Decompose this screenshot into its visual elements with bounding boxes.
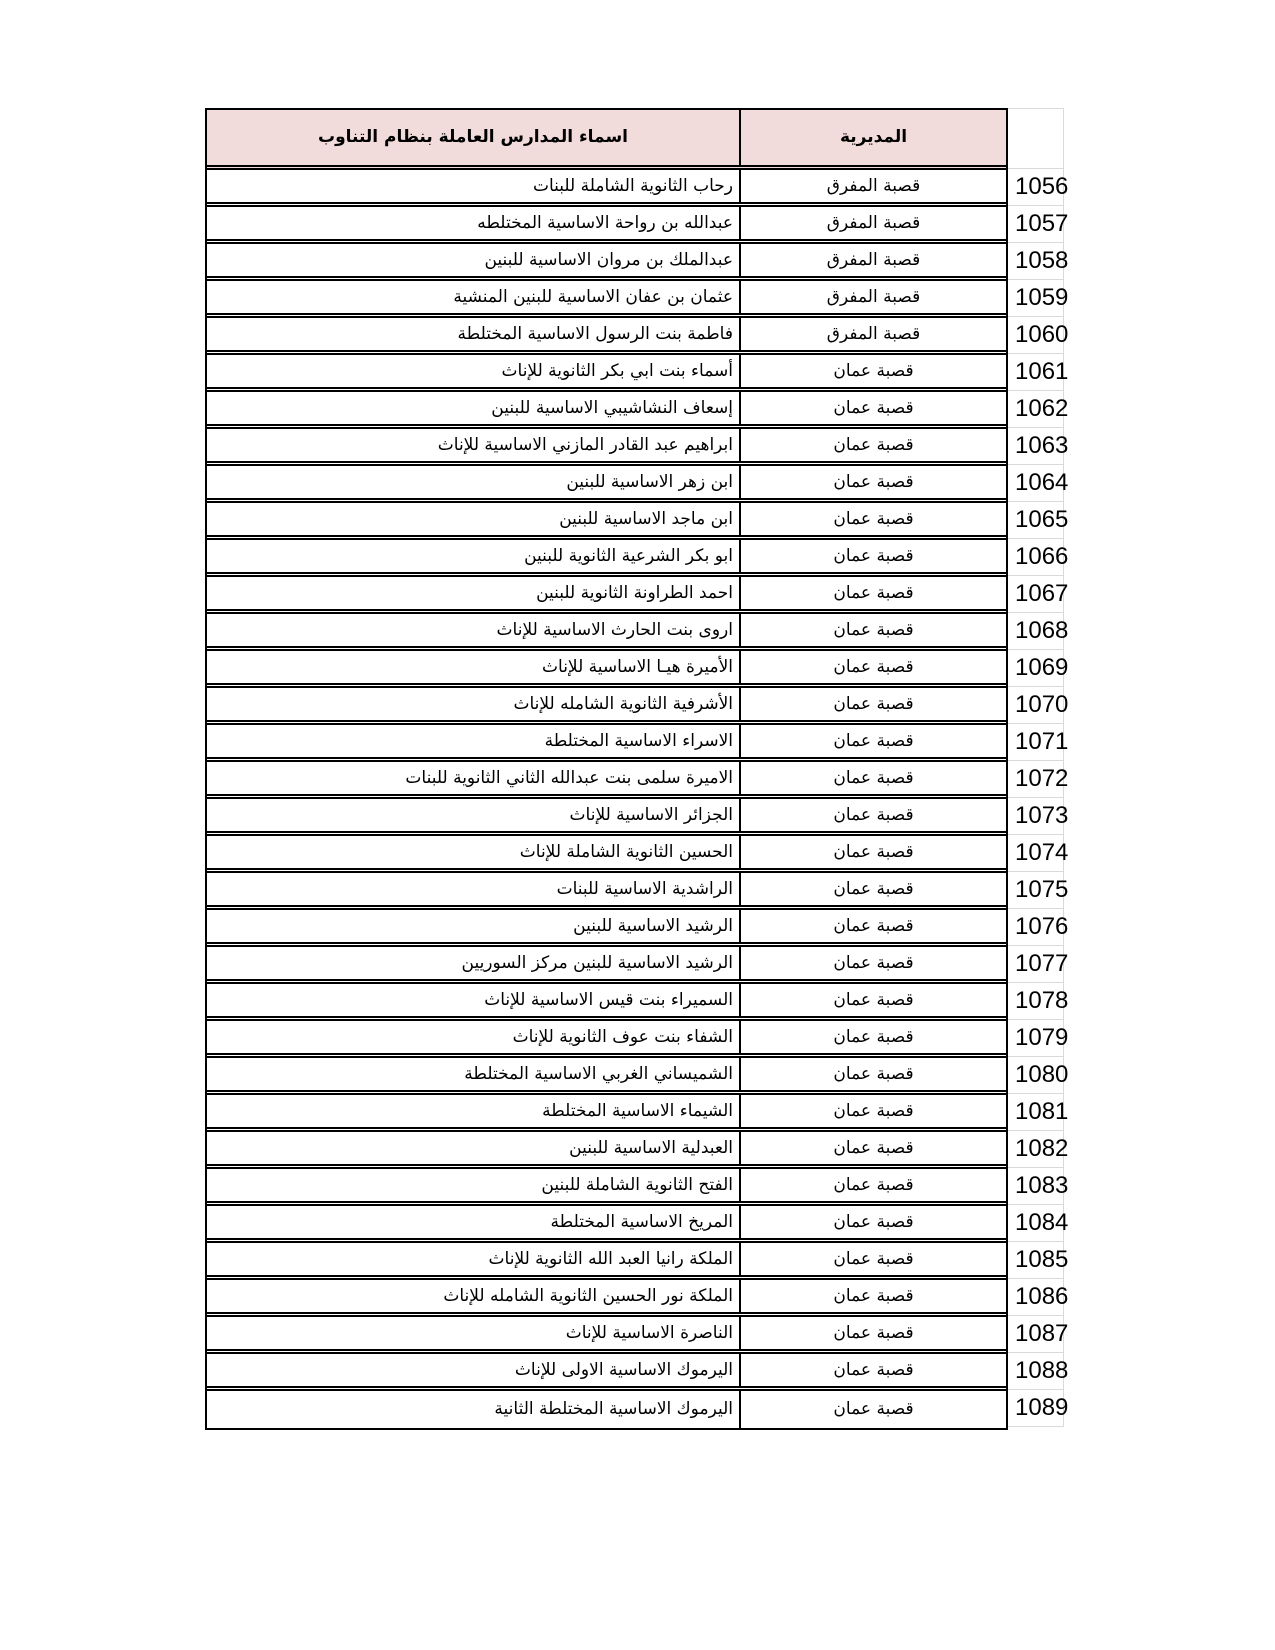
row-number-cells: 1056 1057 1058 1059 1060 1061 1062 1063 … — [1008, 169, 1064, 1427]
school-name-cell: الشميساني الغربي الاساسية المختلطة — [207, 1058, 741, 1090]
directorate-cell: قصبة عمان — [741, 1169, 1006, 1201]
row-number-text: 1071 — [1015, 728, 1068, 756]
school-name-cell: فاطمة بنت الرسول الاساسية المختلطة — [207, 318, 741, 350]
school-name-cell: أسماء بنت ابي بكر الثانوية للإناث — [207, 355, 741, 387]
table-row: الناصرة الاساسية للإناث قصبة عمان — [207, 1317, 1006, 1354]
table-row: الشفاء بنت عوف الثانوية للإناث قصبة عمان — [207, 1021, 1006, 1058]
row-number-text: 1067 — [1015, 580, 1068, 608]
table-row: الرشيد الاساسية للبنين مركز السوريين قصب… — [207, 947, 1006, 984]
school-name-text: عبدالملك بن مروان الاساسية للبنين — [213, 251, 733, 270]
table-row: ابو بكر الشرعية الثانوية للبنين قصبة عما… — [207, 540, 1006, 577]
row-number-text: 1065 — [1015, 506, 1068, 534]
row-number-text: 1088 — [1015, 1357, 1068, 1385]
directorate-text: قصبة عمان — [833, 991, 913, 1010]
directorate-text: قصبة عمان — [833, 806, 913, 825]
directorate-text: قصبة عمان — [833, 769, 913, 788]
row-number-cell: 1062 — [1008, 391, 1064, 428]
school-name-text: ابراهيم عبد القادر المازني الاساسية للإن… — [213, 436, 733, 455]
row-number-cell: 1073 — [1008, 798, 1064, 835]
table-row: الاميرة سلمى بنت عبدالله الثاني الثانوية… — [207, 762, 1006, 799]
row-number-text: 1075 — [1015, 876, 1068, 904]
directorate-cell: قصبة عمان — [741, 984, 1006, 1016]
school-name-cell: الاميرة سلمى بنت عبدالله الثاني الثانوية… — [207, 762, 741, 794]
row-number-cell: 1070 — [1008, 687, 1064, 724]
directorate-text: قصبة عمان — [833, 362, 913, 381]
school-name-text: إسعاف النشاشيبي الاساسية للبنين — [213, 399, 733, 418]
table-row: الأشرفية الثانوية الشامله للإناث قصبة عم… — [207, 688, 1006, 725]
school-name-cell: ابن ماجد الاساسية للبنين — [207, 503, 741, 535]
schools-table: اسماء المدارس العاملة بنظام التناوب المد… — [205, 108, 1008, 1430]
directorate-cell: قصبة عمان — [741, 503, 1006, 535]
directorate-text: قصبة عمان — [833, 399, 913, 418]
row-number-cell: 1063 — [1008, 428, 1064, 465]
table-row: الفتح الثانوية الشاملة للبنين قصبة عمان — [207, 1169, 1006, 1206]
school-name-text: الناصرة الاساسية للإناث — [213, 1324, 733, 1343]
row-number-text: 1077 — [1015, 950, 1068, 978]
row-number-cell: 1077 — [1008, 946, 1064, 983]
school-name-text: الاميرة سلمى بنت عبدالله الثاني الثانوية… — [213, 769, 733, 788]
row-number-cell: 1067 — [1008, 576, 1064, 613]
row-number-text: 1058 — [1015, 247, 1068, 275]
school-name-text: الجزائر الاساسية للإناث — [213, 806, 733, 825]
row-number-text: 1076 — [1015, 913, 1068, 941]
directorate-cell: قصبة المفرق — [741, 170, 1006, 202]
directorate-text: قصبة عمان — [833, 695, 913, 714]
table-row: فاطمة بنت الرسول الاساسية المختلطة قصبة … — [207, 318, 1006, 355]
row-number-cell: 1078 — [1008, 983, 1064, 1020]
school-name-cell: الاسراء الاساسية المختلطة — [207, 725, 741, 757]
school-name-text: الملكة نور الحسين الثانوية الشامله للإنا… — [213, 1287, 733, 1306]
directorate-cell: قصبة المفرق — [741, 281, 1006, 313]
school-name-cell: السميراء بنت قيس الاساسية للإناث — [207, 984, 741, 1016]
row-number-cell: 1075 — [1008, 872, 1064, 909]
table-row: المريخ الاساسية المختلطة قصبة عمان — [207, 1206, 1006, 1243]
row-number-cell: 1074 — [1008, 835, 1064, 872]
row-number-cell: 1087 — [1008, 1316, 1064, 1353]
row-number-cell: 1086 — [1008, 1279, 1064, 1316]
row-number-cell: 1057 — [1008, 206, 1064, 243]
row-number-cell: 1079 — [1008, 1020, 1064, 1057]
row-number-text: 1085 — [1015, 1246, 1068, 1274]
header-cell-directorate: المديرية — [741, 110, 1006, 165]
directorate-cell: قصبة عمان — [741, 799, 1006, 831]
directorate-text: قصبة المفرق — [827, 288, 920, 307]
directorate-cell: قصبة عمان — [741, 1391, 1006, 1428]
row-number-cell: 1083 — [1008, 1168, 1064, 1205]
school-name-cell: الجزائر الاساسية للإناث — [207, 799, 741, 831]
school-name-cell: إسعاف النشاشيبي الاساسية للبنين — [207, 392, 741, 424]
directorate-cell: قصبة عمان — [741, 762, 1006, 794]
school-name-text: احمد الطراونة الثانوية للبنين — [213, 584, 733, 603]
row-number-text: 1069 — [1015, 654, 1068, 682]
row-number-text: 1060 — [1015, 321, 1068, 349]
school-name-cell: رحاب الثانوية الشاملة للبنات — [207, 170, 741, 202]
school-name-text: الرشيد الاساسية للبنين — [213, 917, 733, 936]
table-row: اليرموك الاساسية المختلطة الثانية قصبة ع… — [207, 1391, 1006, 1428]
row-number-text: 1080 — [1015, 1061, 1068, 1089]
school-name-text: الملكة رانيا العبد الله الثانوية للإناث — [213, 1250, 733, 1269]
directorate-cell: قصبة عمان — [741, 1058, 1006, 1090]
row-number-cell: 1066 — [1008, 539, 1064, 576]
row-number-cell: 1082 — [1008, 1131, 1064, 1168]
school-name-cell: الناصرة الاساسية للإناث — [207, 1317, 741, 1349]
row-number-text: 1070 — [1015, 691, 1068, 719]
directorate-text: قصبة عمان — [833, 1324, 913, 1343]
school-name-text: الأميرة هيـا الاساسية للإناث — [213, 658, 733, 677]
table-row: احمد الطراونة الثانوية للبنين قصبة عمان — [207, 577, 1006, 614]
table-row: السميراء بنت قيس الاساسية للإناث قصبة عم… — [207, 984, 1006, 1021]
directorate-cell: قصبة عمان — [741, 873, 1006, 905]
directorate-cell: قصبة عمان — [741, 1354, 1006, 1386]
row-number-cell: 1060 — [1008, 317, 1064, 354]
directorate-text: قصبة عمان — [833, 510, 913, 529]
row-number-cell: 1076 — [1008, 909, 1064, 946]
table-row: اروى بنت الحارث الاساسية للإناث قصبة عما… — [207, 614, 1006, 651]
header-cell-school-names: اسماء المدارس العاملة بنظام التناوب — [207, 110, 741, 165]
table-row: أسماء بنت ابي بكر الثانوية للإناث قصبة ع… — [207, 355, 1006, 392]
directorate-cell: قصبة عمان — [741, 836, 1006, 868]
row-number-cell: 1085 — [1008, 1242, 1064, 1279]
school-name-text: الأشرفية الثانوية الشامله للإناث — [213, 695, 733, 714]
table-body: رحاب الثانوية الشاملة للبنات قصبة المفرق… — [207, 170, 1006, 1428]
school-name-text: فاطمة بنت الرسول الاساسية المختلطة — [213, 325, 733, 344]
directorate-cell: قصبة عمان — [741, 688, 1006, 720]
directorate-text: قصبة عمان — [833, 917, 913, 936]
school-name-cell: المريخ الاساسية المختلطة — [207, 1206, 741, 1238]
row-number-text: 1084 — [1015, 1209, 1068, 1237]
school-name-text: الشيماء الاساسية المختلطة — [213, 1102, 733, 1121]
directorate-text: قصبة عمان — [833, 1176, 913, 1195]
row-number-text: 1061 — [1015, 358, 1068, 386]
schools-column-header-label: اسماء المدارس العاملة بنظام التناوب — [213, 128, 733, 147]
directorate-cell: قصبة عمان — [741, 1280, 1006, 1312]
school-name-cell: الرشيد الاساسية للبنين مركز السوريين — [207, 947, 741, 979]
directorate-text: قصبة عمان — [833, 584, 913, 603]
row-number-text: 1068 — [1015, 617, 1068, 645]
directorate-cell: قصبة عمان — [741, 1095, 1006, 1127]
school-name-cell: ابن زهر الاساسية للبنين — [207, 466, 741, 498]
table-row: ابراهيم عبد القادر المازني الاساسية للإن… — [207, 429, 1006, 466]
row-number-cell: 1081 — [1008, 1094, 1064, 1131]
directorate-text: قصبة عمان — [833, 843, 913, 862]
school-name-text: اليرموك الاساسية المختلطة الثانية — [213, 1400, 733, 1419]
school-name-text: أسماء بنت ابي بكر الثانوية للإناث — [213, 362, 733, 381]
directorate-cell: قصبة عمان — [741, 466, 1006, 498]
directorate-cell: قصبة عمان — [741, 429, 1006, 461]
school-name-text: عبدالله بن رواحة الاساسية المختلطه — [213, 214, 733, 233]
school-name-cell: الأميرة هيـا الاساسية للإناث — [207, 651, 741, 683]
directorate-cell: قصبة عمان — [741, 947, 1006, 979]
row-number-text: 1083 — [1015, 1172, 1068, 1200]
directorate-text: قصبة عمان — [833, 658, 913, 677]
row-number-column: 1056 1057 1058 1059 1060 1061 1062 1063 … — [1008, 108, 1064, 1427]
row-number-text: 1087 — [1015, 1320, 1068, 1348]
directorate-text: قصبة المفرق — [827, 177, 920, 196]
school-name-cell: احمد الطراونة الثانوية للبنين — [207, 577, 741, 609]
table-row: الشميساني الغربي الاساسية المختلطة قصبة … — [207, 1058, 1006, 1095]
row-number-spacer-cell — [1008, 109, 1064, 169]
row-number-cell: 1059 — [1008, 280, 1064, 317]
directorate-text: قصبة عمان — [833, 732, 913, 751]
directorate-text: قصبة المفرق — [827, 325, 920, 344]
table-row: الحسين الثانوية الشاملة للإناث قصبة عمان — [207, 836, 1006, 873]
directorate-cell: قصبة عمان — [741, 577, 1006, 609]
school-name-text: اليرموك الاساسية الاولى للإناث — [213, 1361, 733, 1380]
school-name-text: ابن زهر الاساسية للبنين — [213, 473, 733, 492]
row-number-text: 1074 — [1015, 839, 1068, 867]
school-name-cell: الملكة رانيا العبد الله الثانوية للإناث — [207, 1243, 741, 1275]
table-row: الاسراء الاساسية المختلطة قصبة عمان — [207, 725, 1006, 762]
table-row: الملكة نور الحسين الثانوية الشامله للإنا… — [207, 1280, 1006, 1317]
table-row: رحاب الثانوية الشاملة للبنات قصبة المفرق — [207, 170, 1006, 207]
directorate-cell: قصبة عمان — [741, 910, 1006, 942]
directorate-text: قصبة عمان — [833, 1139, 913, 1158]
row-number-text: 1063 — [1015, 432, 1068, 460]
table-row: الرشيد الاساسية للبنين قصبة عمان — [207, 910, 1006, 947]
directorate-text: قصبة عمان — [833, 880, 913, 899]
school-name-cell: اروى بنت الحارث الاساسية للإناث — [207, 614, 741, 646]
row-number-cell: 1061 — [1008, 354, 1064, 391]
school-name-text: ابن ماجد الاساسية للبنين — [213, 510, 733, 529]
table-header-row: اسماء المدارس العاملة بنظام التناوب المد… — [207, 110, 1006, 170]
directorate-column-header-label: المديرية — [840, 128, 907, 147]
directorate-cell: قصبة عمان — [741, 355, 1006, 387]
directorate-text: قصبة عمان — [833, 547, 913, 566]
school-name-cell: الأشرفية الثانوية الشامله للإناث — [207, 688, 741, 720]
school-name-text: الشفاء بنت عوف الثانوية للإناث — [213, 1028, 733, 1047]
directorate-text: قصبة عمان — [833, 621, 913, 640]
school-name-text: السميراء بنت قيس الاساسية للإناث — [213, 991, 733, 1010]
school-name-cell: اليرموك الاساسية الاولى للإناث — [207, 1354, 741, 1386]
table-row: الشيماء الاساسية المختلطة قصبة عمان — [207, 1095, 1006, 1132]
row-number-cell: 1065 — [1008, 502, 1064, 539]
row-number-text: 1079 — [1015, 1024, 1068, 1052]
directorate-text: قصبة عمان — [833, 473, 913, 492]
school-name-text: الرشيد الاساسية للبنين مركز السوريين — [213, 954, 733, 973]
school-name-text: اروى بنت الحارث الاساسية للإناث — [213, 621, 733, 640]
table-row: اليرموك الاساسية الاولى للإناث قصبة عمان — [207, 1354, 1006, 1391]
row-number-text: 1082 — [1015, 1135, 1068, 1163]
row-number-cell: 1084 — [1008, 1205, 1064, 1242]
table-row: الجزائر الاساسية للإناث قصبة عمان — [207, 799, 1006, 836]
school-name-cell: ابو بكر الشرعية الثانوية للبنين — [207, 540, 741, 572]
row-number-text: 1086 — [1015, 1283, 1068, 1311]
directorate-cell: قصبة عمان — [741, 614, 1006, 646]
school-name-text: الاسراء الاساسية المختلطة — [213, 732, 733, 751]
table-row: العبدلية الاساسية للبنين قصبة عمان — [207, 1132, 1006, 1169]
row-number-cell: 1080 — [1008, 1057, 1064, 1094]
school-name-cell: الملكة نور الحسين الثانوية الشامله للإنا… — [207, 1280, 741, 1312]
table-row: الملكة رانيا العبد الله الثانوية للإناث … — [207, 1243, 1006, 1280]
row-number-text: 1072 — [1015, 765, 1068, 793]
document-page: { "colors": { "header_bg": "#f2dcdb", "t… — [0, 0, 1275, 1650]
row-number-text: 1064 — [1015, 469, 1068, 497]
directorate-text: قصبة عمان — [833, 1361, 913, 1380]
row-number-cell: 1064 — [1008, 465, 1064, 502]
row-number-cell: 1088 — [1008, 1353, 1064, 1390]
directorate-text: قصبة عمان — [833, 1400, 913, 1419]
school-name-text: الشميساني الغربي الاساسية المختلطة — [213, 1065, 733, 1084]
table-row: عبدالله بن رواحة الاساسية المختلطه قصبة … — [207, 207, 1006, 244]
directorate-cell: قصبة المفرق — [741, 318, 1006, 350]
row-number-text: 1059 — [1015, 284, 1068, 312]
row-number-text: 1081 — [1015, 1098, 1068, 1126]
directorate-text: قصبة المفرق — [827, 214, 920, 233]
row-number-cell: 1071 — [1008, 724, 1064, 761]
directorate-cell: قصبة المفرق — [741, 207, 1006, 239]
directorate-text: قصبة عمان — [833, 1213, 913, 1232]
row-number-text: 1089 — [1015, 1394, 1068, 1422]
directorate-text: قصبة عمان — [833, 954, 913, 973]
school-name-cell: الشفاء بنت عوف الثانوية للإناث — [207, 1021, 741, 1053]
school-name-text: رحاب الثانوية الشاملة للبنات — [213, 177, 733, 196]
row-number-cell: 1058 — [1008, 243, 1064, 280]
directorate-text: قصبة عمان — [833, 1250, 913, 1269]
school-name-cell: الفتح الثانوية الشاملة للبنين — [207, 1169, 741, 1201]
school-name-cell: اليرموك الاساسية المختلطة الثانية — [207, 1391, 741, 1428]
table-row: إسعاف النشاشيبي الاساسية للبنين قصبة عما… — [207, 392, 1006, 429]
school-name-cell: الشيماء الاساسية المختلطة — [207, 1095, 741, 1127]
directorate-cell: قصبة عمان — [741, 392, 1006, 424]
directorate-text: قصبة عمان — [833, 1065, 913, 1084]
directorate-text: قصبة عمان — [833, 436, 913, 455]
table-row: الأميرة هيـا الاساسية للإناث قصبة عمان — [207, 651, 1006, 688]
row-number-cell: 1089 — [1008, 1390, 1064, 1427]
table-row: ابن ماجد الاساسية للبنين قصبة عمان — [207, 503, 1006, 540]
school-name-cell: العبدلية الاساسية للبنين — [207, 1132, 741, 1164]
directorate-cell: قصبة عمان — [741, 1317, 1006, 1349]
row-number-cell: 1056 — [1008, 169, 1064, 206]
school-name-cell: عبدالملك بن مروان الاساسية للبنين — [207, 244, 741, 276]
directorate-cell: قصبة عمان — [741, 1243, 1006, 1275]
row-number-cell: 1069 — [1008, 650, 1064, 687]
directorate-cell: قصبة عمان — [741, 1206, 1006, 1238]
table-row: ابن زهر الاساسية للبنين قصبة عمان — [207, 466, 1006, 503]
directorate-cell: قصبة عمان — [741, 725, 1006, 757]
school-name-cell: ابراهيم عبد القادر المازني الاساسية للإن… — [207, 429, 741, 461]
directorate-cell: قصبة عمان — [741, 651, 1006, 683]
school-name-cell: الحسين الثانوية الشاملة للإناث — [207, 836, 741, 868]
directorate-text: قصبة عمان — [833, 1028, 913, 1047]
row-number-text: 1062 — [1015, 395, 1068, 423]
directorate-cell: قصبة عمان — [741, 1021, 1006, 1053]
row-number-text: 1066 — [1015, 543, 1068, 571]
table-row: عبدالملك بن مروان الاساسية للبنين قصبة ا… — [207, 244, 1006, 281]
school-name-cell: الرشيد الاساسية للبنين — [207, 910, 741, 942]
directorate-cell: قصبة عمان — [741, 1132, 1006, 1164]
school-name-cell: الراشدية الاساسية للبنات — [207, 873, 741, 905]
school-name-cell: عثمان بن عفان الاساسية للبنين المنشية — [207, 281, 741, 313]
directorate-text: قصبة عمان — [833, 1287, 913, 1306]
school-name-text: الفتح الثانوية الشاملة للبنين — [213, 1176, 733, 1195]
table-row: عثمان بن عفان الاساسية للبنين المنشية قص… — [207, 281, 1006, 318]
school-name-cell: عبدالله بن رواحة الاساسية المختلطه — [207, 207, 741, 239]
row-number-text: 1078 — [1015, 987, 1068, 1015]
row-number-text: 1056 — [1015, 173, 1068, 201]
row-number-cell: 1072 — [1008, 761, 1064, 798]
directorate-text: قصبة عمان — [833, 1102, 913, 1121]
table-row: الراشدية الاساسية للبنات قصبة عمان — [207, 873, 1006, 910]
school-name-text: العبدلية الاساسية للبنين — [213, 1139, 733, 1158]
school-name-text: عثمان بن عفان الاساسية للبنين المنشية — [213, 288, 733, 307]
row-number-text: 1057 — [1015, 210, 1068, 238]
school-name-text: المريخ الاساسية المختلطة — [213, 1213, 733, 1232]
directorate-cell: قصبة المفرق — [741, 244, 1006, 276]
row-number-text: 1073 — [1015, 802, 1068, 830]
school-name-text: الراشدية الاساسية للبنات — [213, 880, 733, 899]
school-name-text: ابو بكر الشرعية الثانوية للبنين — [213, 547, 733, 566]
directorate-text: قصبة المفرق — [827, 251, 920, 270]
directorate-cell: قصبة عمان — [741, 540, 1006, 572]
school-name-text: الحسين الثانوية الشاملة للإناث — [213, 843, 733, 862]
row-number-cell: 1068 — [1008, 613, 1064, 650]
